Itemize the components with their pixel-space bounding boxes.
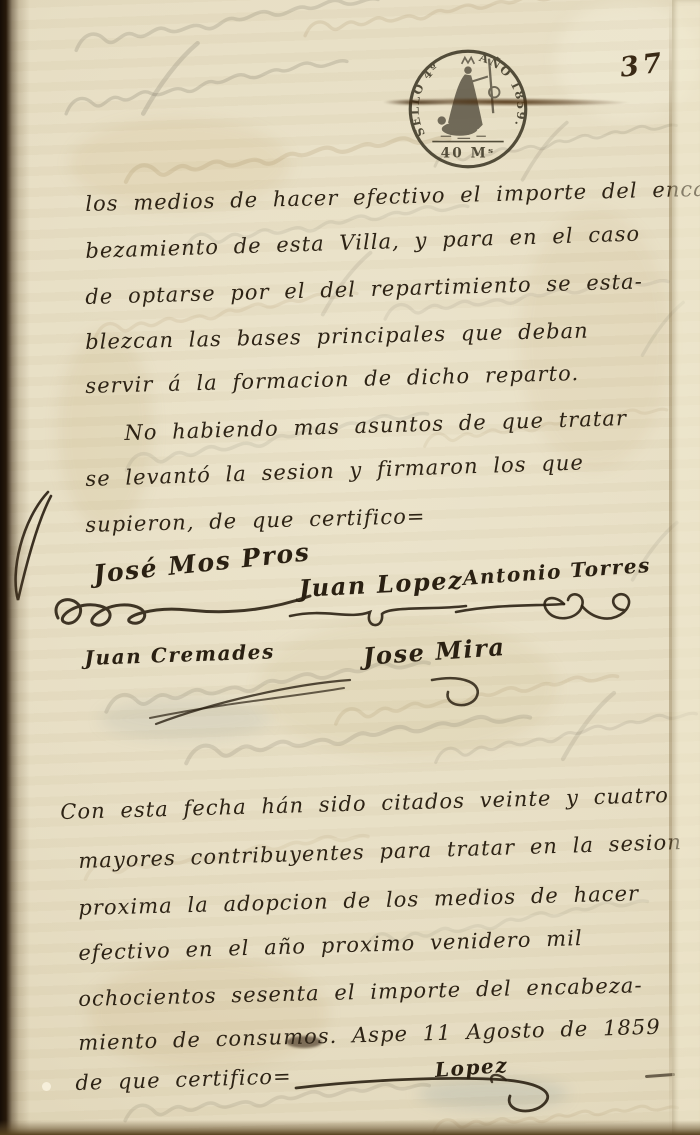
manuscript-line: proxima la adopcion de los medios de hac… bbox=[78, 881, 639, 920]
manuscript-line: servir á la formacion de dicho reparto. bbox=[85, 361, 579, 398]
manuscript-line: supieron, de que certifico= bbox=[85, 504, 426, 537]
manuscript-line: efectivo en el año proximo venidero mil bbox=[78, 926, 583, 965]
manuscript-line: de optarse por el del repartimiento se e… bbox=[85, 269, 643, 309]
manuscript-line: No habiendo mas asuntos de que tratar bbox=[124, 406, 627, 445]
manuscript-line: los medios de hacer efectivo el importe … bbox=[85, 177, 700, 216]
right-page-edge bbox=[672, 0, 700, 1135]
binding-edge bbox=[0, 0, 30, 1135]
page-number: 37 bbox=[618, 47, 667, 83]
signature-jose-mos-pros: José Mos Pros bbox=[92, 537, 312, 589]
manuscript-line: ochocientos sesenta el importe del encab… bbox=[78, 973, 643, 1011]
manuscript-line: blezcan las bases principales que deban bbox=[85, 319, 589, 354]
right-fold-crease bbox=[669, 0, 672, 1135]
signature-antonio-torres: Antonio Torres bbox=[462, 553, 652, 590]
manuscript-line: miento de consumos. Aspe 11 Agosto de 18… bbox=[78, 1015, 661, 1055]
ink-smear-left bbox=[383, 99, 453, 106]
signature-flourish bbox=[286, 596, 474, 638]
manuscript-line: de que certifico= bbox=[75, 1064, 292, 1095]
manuscript-line: bezamiento de esta Villa, y para en el c… bbox=[85, 222, 641, 263]
signature-flourish bbox=[148, 676, 360, 730]
signature-flourish bbox=[420, 672, 502, 716]
signature-flourish bbox=[452, 588, 654, 646]
signature-flourish bbox=[48, 588, 320, 648]
revenue-stamp-seal: SELLO 4º AÑO 1859. 40 Mˢ bbox=[405, 46, 531, 172]
manuscript-line: mayores contribuyentes para tratar en la… bbox=[78, 830, 682, 873]
manuscript-page: 37 SELLO 4º AÑO 1859. bbox=[0, 0, 700, 1135]
manuscript-line: Con esta fecha hán sido citados veinte y… bbox=[60, 783, 669, 824]
manuscript-line: se levantó la sesion y firmaron los que bbox=[85, 450, 584, 491]
manuscript-content: 37 SELLO 4º AÑO 1859. bbox=[0, 0, 700, 1135]
bottom-page-edge bbox=[0, 1120, 700, 1135]
signature-flourish bbox=[292, 1066, 574, 1122]
seal-denomination: 40 Mˢ bbox=[441, 145, 496, 161]
